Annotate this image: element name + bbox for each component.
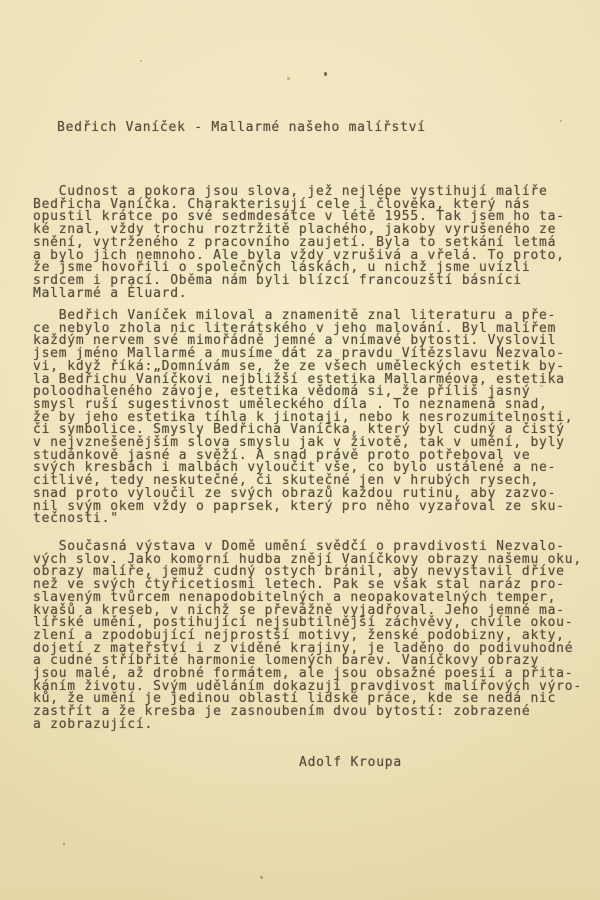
- scanned-paper-background: Bedřich Vaníček - Mallarmé našeho malířs…: [0, 0, 600, 900]
- document-title: Bedřich Vaníček - Mallarmé našeho malířs…: [57, 122, 426, 135]
- paragraph-1: Cudnost a pokora jsou slova, jež nejlépe…: [33, 186, 565, 300]
- paragraph-2: Bedřich Vaníček miloval a znamenitě znal…: [33, 310, 573, 526]
- paragraph-3: Současná výstava v Domě umění svědčí o p…: [33, 541, 582, 732]
- paper-speck: [260, 876, 263, 879]
- paper-speck: [560, 120, 562, 122]
- paper-speck: [63, 843, 65, 845]
- paper-speck: [287, 77, 290, 80]
- paper-speck: [140, 60, 142, 62]
- author-signature: Adolf Kroupa: [299, 757, 402, 770]
- paper-speck: [324, 72, 327, 76]
